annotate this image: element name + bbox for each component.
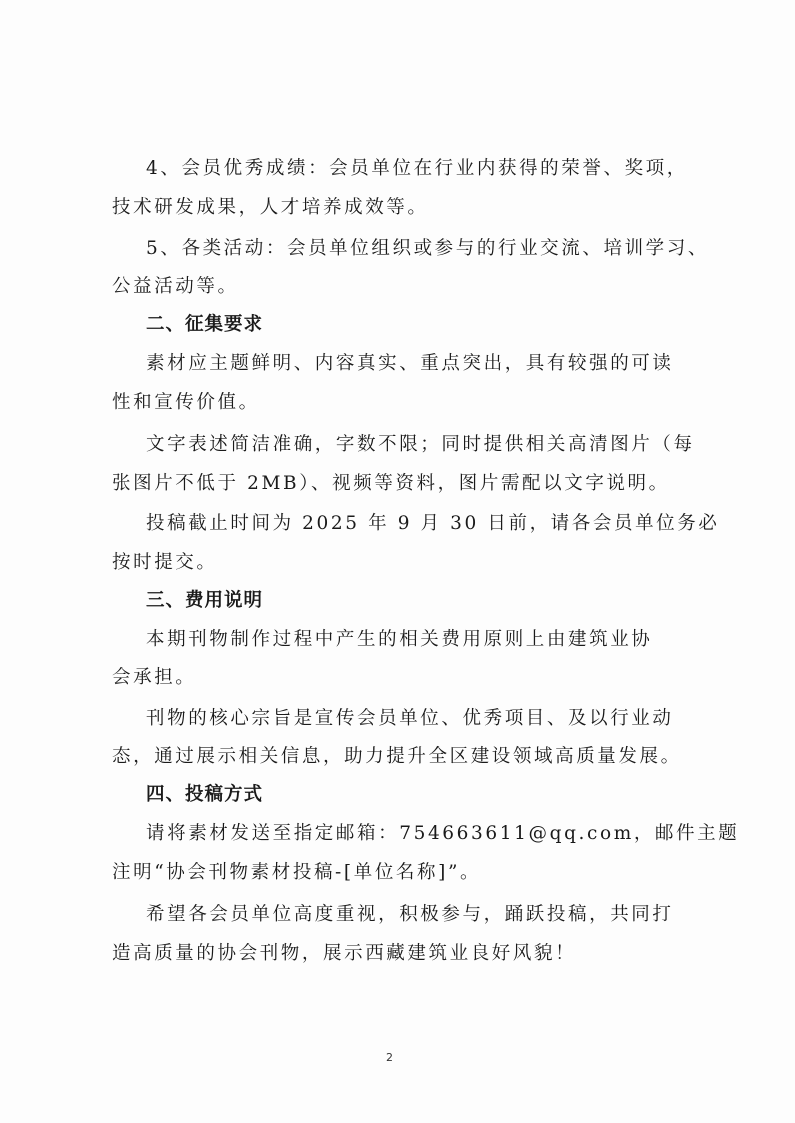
- paragraph-line: 会承担。: [112, 666, 692, 690]
- paragraph-line: 请将素材发送至指定邮箱：754663611@qq.com，邮件主题: [146, 822, 726, 846]
- page-number: 2: [386, 1051, 393, 1064]
- paragraph-line: 技术研发成果，人才培养成效等。: [112, 196, 692, 220]
- paragraph-line: 5、各类活动：会员单位组织或参与的行业交流、培训学习、: [146, 237, 726, 261]
- paragraph-line: 投稿截止时间为 2025 年 9 月 30 日前，请各会员单位务必: [146, 512, 726, 536]
- paragraph-line: 文字表述简洁准确，字数不限；同时提供相关高清图片（每: [146, 433, 726, 457]
- paragraph-line: 公益活动等。: [112, 275, 692, 299]
- paragraph-line: 造高质量的协会刊物，展示西藏建筑业良好风貌！: [112, 942, 692, 966]
- paragraph-line: 素材应主题鲜明、内容真实、重点突出，具有较强的可读: [146, 352, 726, 376]
- paragraph-line: 刊物的核心宗旨是宣传会员单位、优秀项目、及以行业动: [146, 707, 726, 731]
- document-page: 4、会员优秀成绩：会员单位在行业内获得的荣誉、奖项，技术研发成果，人才培养成效等…: [0, 0, 795, 1123]
- section-heading: 二、征集要求: [146, 313, 726, 337]
- paragraph-line: 希望各会员单位高度重视，积极参与，踊跃投稿，共同打: [146, 903, 726, 927]
- paragraph-line: 注明“协会刊物素材投稿-[单位名称]”。: [112, 861, 692, 885]
- section-heading: 四、投稿方式: [146, 783, 726, 807]
- paragraph-line: 按时提交。: [112, 551, 692, 575]
- paragraph-line: 态，通过展示相关信息，助力提升全区建设领域高质量发展。: [112, 745, 692, 769]
- paragraph-line: 4、会员优秀成绩：会员单位在行业内获得的荣誉、奖项，: [146, 157, 726, 181]
- section-heading: 三、费用说明: [146, 589, 726, 613]
- paragraph-line: 本期刊物制作过程中产生的相关费用原则上由建筑业协: [146, 628, 726, 652]
- paragraph-line: 性和宣传价值。: [112, 391, 692, 415]
- paragraph-line: 张图片不低于 2MB）、视频等资料，图片需配以文字说明。: [112, 472, 692, 496]
